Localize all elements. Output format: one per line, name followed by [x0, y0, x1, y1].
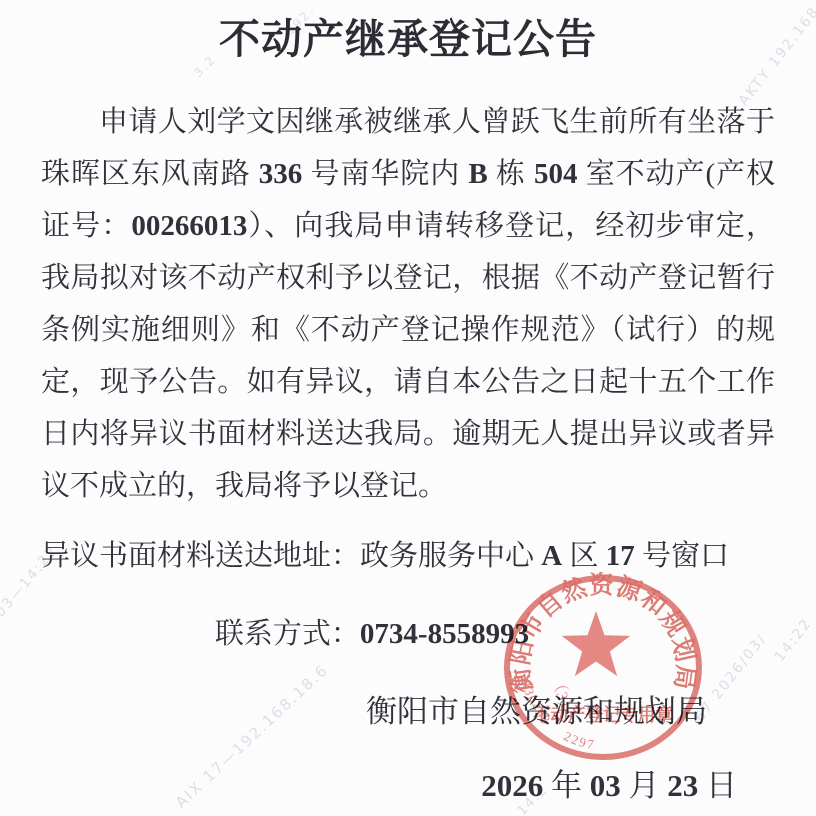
- address-line: 异议书面材料送达地址：政务服务中心 A 区 17 号窗口: [41, 534, 729, 578]
- contact-line: 联系方式：0734-8558993: [0, 612, 816, 656]
- text-run: 号窗口: [635, 540, 729, 572]
- text-run: 17: [606, 540, 635, 572]
- text-run: 2026: [481, 768, 543, 803]
- text-run: 栋: [488, 158, 534, 190]
- text-run: B: [468, 158, 487, 190]
- text-run: 月: [621, 768, 668, 803]
- text-run: 联系方式：: [215, 618, 360, 650]
- document-content: 不动产继承登记公告 申请人刘学文因继承被继承人曾跃飞生前所有坐落于珠晖区东风南路…: [0, 0, 816, 816]
- text-run: A: [541, 540, 562, 572]
- text-run: 区: [562, 540, 606, 572]
- text-run: 日: [698, 768, 737, 803]
- text-run: 异议书面材料送达地址：政务服务中心: [41, 540, 541, 572]
- text-run: 504: [534, 158, 578, 190]
- announcement-document: 3.2192.AKTY 192.1682026/03—14:22AIX 17—1…: [0, 0, 816, 816]
- text-run: 00266013: [131, 210, 247, 242]
- text-run: ）、向我局申请转移登记，经初步审定，我局拟对该不动产权利予以登记，根据《不动产登…: [41, 210, 775, 502]
- date-line: 2026 年 03 月 23 日: [481, 760, 737, 805]
- text-run: 23: [667, 768, 698, 803]
- text-run: 0734-8558993: [360, 618, 529, 650]
- text-run: 03: [590, 768, 621, 803]
- body-paragraph: 申请人刘学文因继承被继承人曾跃飞生前所有坐落于珠晖区东风南路 336 号南华院内…: [41, 96, 775, 512]
- page-title: 不动产继承登记公告: [0, 6, 816, 65]
- text-run: 336: [259, 158, 303, 190]
- issuer-line: 衡阳市自然资源和规划局: [366, 686, 707, 731]
- text-run: 年: [543, 768, 590, 803]
- text-run: 号南华院内: [302, 158, 468, 190]
